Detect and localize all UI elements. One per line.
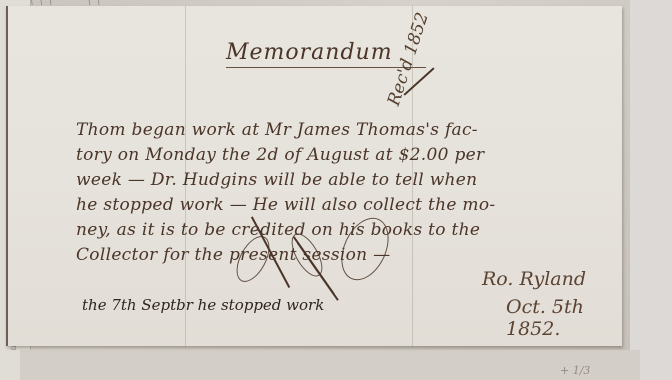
footnote: the 7th Septbr he stopped work: [82, 296, 324, 314]
signature-date: Oct. 5th 1852.: [506, 296, 622, 340]
body-line: Thom began work at Mr James Thomas's fac…: [76, 118, 616, 143]
background-paper-bottom: [20, 350, 640, 380]
body-line: week — Dr. Hudgins will be able to tell …: [76, 168, 616, 193]
body-line: tory on Monday the 2d of August at $2.00…: [76, 143, 616, 168]
memorandum-sheet: Memorandum Rec'd 1852 Thom began work at…: [6, 6, 622, 346]
signature: Ro. Ryland: [482, 268, 586, 290]
photo-stage: \\\ ˅ \\ nnnnnnnnnnnn + 1/3 Memorandum R…: [0, 0, 672, 380]
background-paper-right: [630, 0, 672, 380]
body-line: he stopped work — He will also collect t…: [76, 193, 616, 218]
background-handwriting-bottom: + 1/3: [560, 364, 590, 377]
